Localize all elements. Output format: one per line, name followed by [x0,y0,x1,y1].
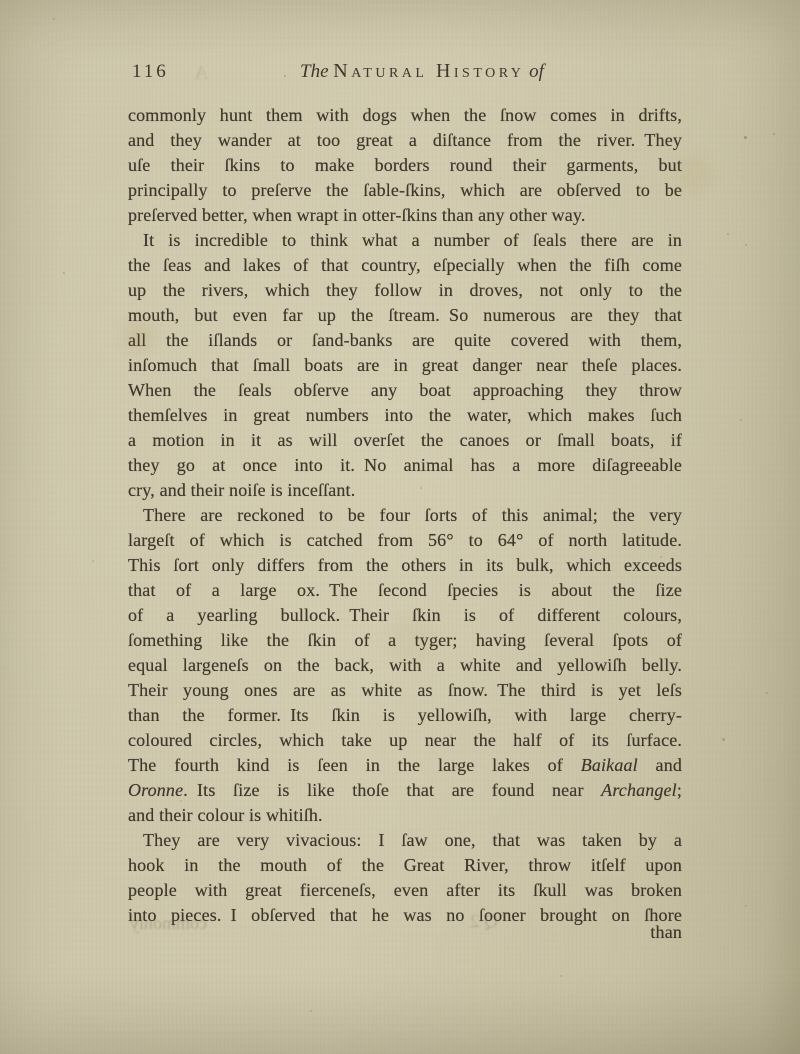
foxing-speck [745,905,747,907]
text-line: people with great fierceneſs, even after… [128,878,682,903]
text-line: all the iſlands or ſand-banks are quite … [128,328,682,353]
text-line: Oronne. Its ſize is like thoſe that are … [128,778,682,803]
text-line: hook in the mouth of the Great River, th… [128,853,682,878]
running-title-main: Natural History [333,60,524,82]
page-header: 116 The Natural History of [128,60,682,92]
text-line: of a yearling bullock. Their ſkin is of … [128,603,682,628]
text-line: preſerved better, when wrapt in otter-ſk… [128,203,682,228]
text-line: than the former. Its ſkin is yellowiſh, … [128,703,682,728]
foxing-speck [766,692,768,694]
text-line: principally to preſerve the ſable-ſkins,… [128,178,682,203]
foxing-speck [53,18,55,20]
text-line: a motion in it as will overſet the canoe… [128,428,682,453]
running-title-the: The [300,61,329,82]
text-line: equal largeneſs on the back, with a whit… [128,653,682,678]
foxing-speck [92,560,94,562]
text-line: largeſt of which is catched from 56° to … [128,528,682,553]
foxing-speck [745,244,747,246]
foxing-speck [740,419,742,421]
foxing-speck [310,1010,312,1012]
text-line: This ſort only differs from the others i… [128,553,682,578]
text-line: The fourth kind is ſeen in the large lak… [128,753,682,778]
foxing-speck [773,133,775,135]
foxing-speck [727,233,729,235]
text-line: They are very vivacious: I ſaw one, that… [128,828,682,853]
text-line: uſe their ſkins to make borders round th… [128,153,682,178]
text-line: mouth, but even far up the ſtream. So nu… [128,303,682,328]
book-page-scan: 116 The Natural History of commonly hunt… [0,0,800,1054]
text-line: themſelves in great numbers into the wat… [128,403,682,428]
text-line: cry, and their noiſe is inceſſant. [128,478,682,503]
text-line: up the rivers, which they follow in drov… [128,278,682,303]
text-line: There are reckoned to be four ſorts of t… [128,503,682,528]
text-line: inſomuch that ſmall boats are in great d… [128,353,682,378]
text-line: coloured circles, which take up near the… [128,728,682,753]
text-line: the ſeas and lakes of that country, eſpe… [128,253,682,278]
text-block: commonly hunt them with dogs when the ſn… [128,103,682,945]
text-line: It is incredible to think what a number … [128,228,682,253]
text-line: into pieces. I obſerved that he was no ſ… [128,903,682,928]
running-title-of: of [529,61,544,82]
text-line: that of a large ox. The ſecond ſpecies i… [128,578,682,603]
text-line: Their young ones are as white as ſnow. T… [128,678,682,703]
foxing-speck [744,136,747,139]
foxing-speck [722,738,725,741]
text-line: ſomething like the ſkin of a tyger; havi… [128,628,682,653]
text-line: they go at once into it. No animal has a… [128,453,682,478]
text-line: and they wander at too great a diſtance … [128,128,682,153]
running-title: The Natural History of [145,60,699,83]
foxing-speck [63,272,65,274]
text-line: When the ſeals obſerve any boat approach… [128,378,682,403]
foxing-speck [560,975,562,977]
text-line: and their colour is whitiſh. [128,803,682,828]
text-line: commonly hunt them with dogs when the ſn… [128,103,682,128]
